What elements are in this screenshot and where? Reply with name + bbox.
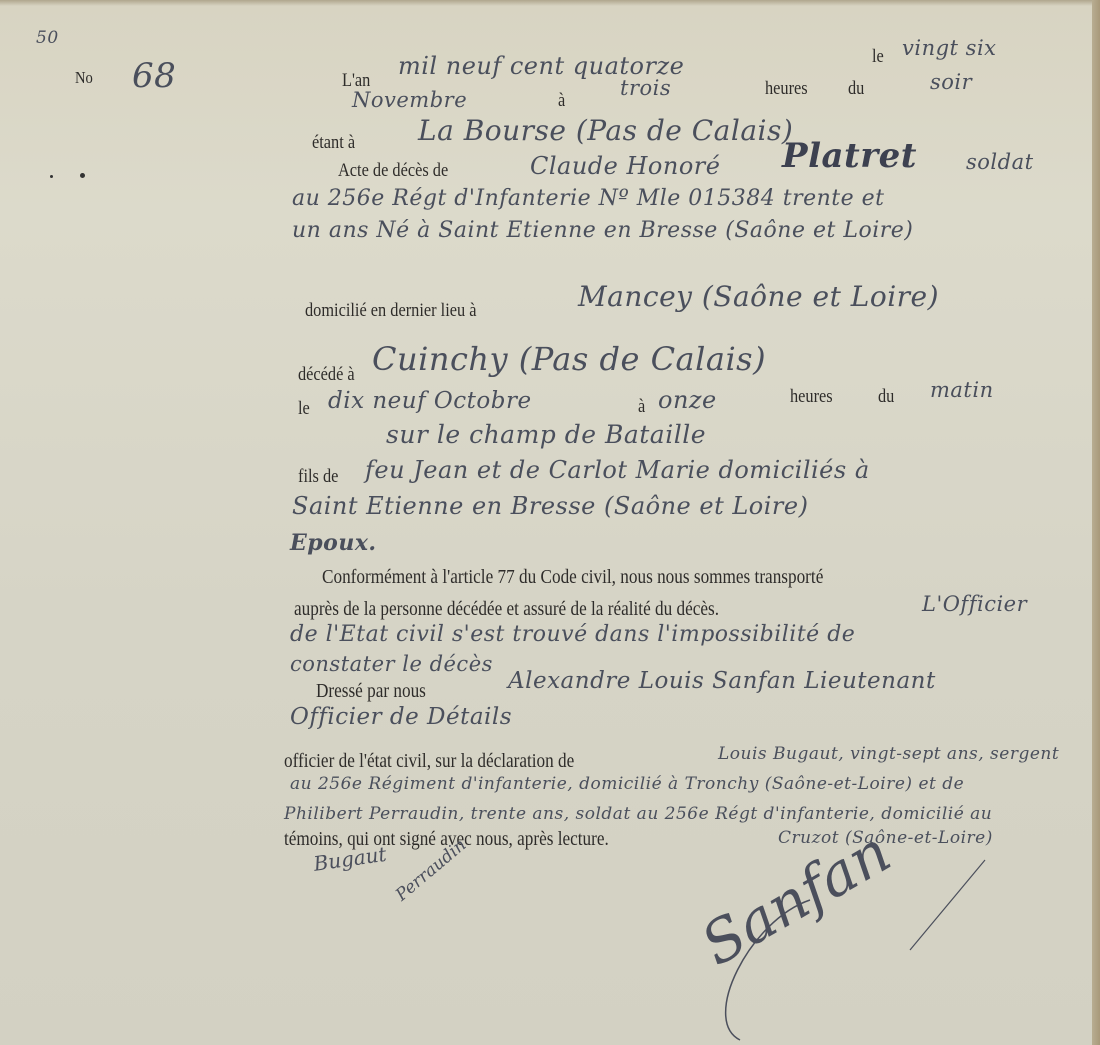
- handwritten-period: soir: [930, 70, 972, 94]
- handwritten-age-birthplace: un ans Né à Saint Etienne en Bresse (Saô…: [292, 218, 913, 243]
- handwritten-domicile: Mancey (Saône et Loire): [578, 280, 939, 313]
- handwritten-declarant-2: Philibert Perraudin, trente ans, soldat …: [284, 804, 992, 824]
- handwritten-regiment: au 256e Régt d'Infanterie Nº Mle 015384 …: [292, 186, 885, 211]
- handwritten-month: Novembre: [352, 88, 467, 112]
- handwritten-death-date: dix neuf Octobre: [328, 388, 532, 414]
- handwritten-declarant-1-regiment: au 256e Régiment d'infanterie, domicilié…: [290, 774, 964, 794]
- handwritten-surname: Platret: [782, 136, 917, 176]
- printed-officier-etat-civil: officier de l'état civil, sur la déclara…: [284, 750, 574, 773]
- handwritten-circumstance: sur le champ de Bataille: [386, 420, 706, 449]
- page-top-shadow: [0, 0, 1092, 6]
- printed-fils-de: fils de: [298, 466, 338, 488]
- handwritten-marital-status: Epoux.: [290, 530, 377, 556]
- ink-dot: [80, 173, 85, 178]
- printed-domicile: domicilié en dernier lieu à: [305, 300, 477, 322]
- printed-decede-a: décédé à: [298, 364, 355, 386]
- handwritten-officer-note-1: L'Officier: [922, 592, 1027, 616]
- handwritten-parents-domicile: Saint Etienne en Bresse (Saône et Loire): [292, 492, 808, 520]
- handwritten-first-names: Claude Honoré: [530, 152, 720, 180]
- printed-aupres: auprès de la personne décédée et assuré …: [294, 598, 719, 621]
- act-number: 68: [132, 56, 176, 96]
- ink-dot-small: [50, 175, 53, 178]
- printed-a: à: [558, 90, 565, 112]
- handwritten-hour: trois: [620, 76, 671, 100]
- handwritten-day: vingt six: [902, 36, 997, 60]
- printed-le: le: [872, 46, 884, 68]
- handwritten-place-of-death: Cuinchy (Pas de Calais): [372, 340, 766, 378]
- handwritten-death-hour: onze: [658, 386, 717, 414]
- printed-du: du: [848, 78, 864, 100]
- signature-flourish: [660, 840, 1060, 1045]
- printed-article-77: Conformément à l'article 77 du Code civi…: [322, 566, 823, 589]
- handwritten-rank: soldat: [966, 150, 1034, 174]
- printed-dresse-par-nous: Dressé par nous: [316, 680, 426, 703]
- handwritten-officer-title: Officier de Détails: [290, 704, 512, 730]
- printed-heures-2: heures: [790, 386, 833, 408]
- act-number-label: No: [75, 68, 93, 88]
- handwritten-declarant-1: Louis Bugaut, vingt-sept ans, sergent: [718, 744, 1059, 764]
- margin-note: 50: [36, 28, 59, 48]
- handwritten-death-period: matin: [930, 378, 994, 402]
- handwritten-officer-name: Alexandre Louis Sanfan Lieutenant: [508, 668, 936, 694]
- handwritten-place-of-record: La Bourse (Pas de Calais): [418, 114, 793, 147]
- printed-etant-a: étant à: [312, 132, 355, 154]
- printed-a-2: à: [638, 396, 645, 418]
- printed-du-2: du: [878, 386, 894, 408]
- page-edge: [1092, 0, 1100, 1045]
- printed-le-2: le: [298, 398, 310, 420]
- handwritten-officer-note-3: constater le décès: [290, 652, 493, 676]
- register-page: 50 No 68 L'an mil neuf cent quatorze le …: [0, 0, 1092, 1045]
- printed-acte-de-deces: Acte de décès de: [338, 160, 448, 182]
- printed-heures: heures: [765, 78, 808, 100]
- handwritten-parents: feu Jean et de Carlot Marie domiciliés à: [365, 456, 870, 484]
- handwritten-officer-note-2: de l'Etat civil s'est trouvé dans l'impo…: [290, 622, 855, 647]
